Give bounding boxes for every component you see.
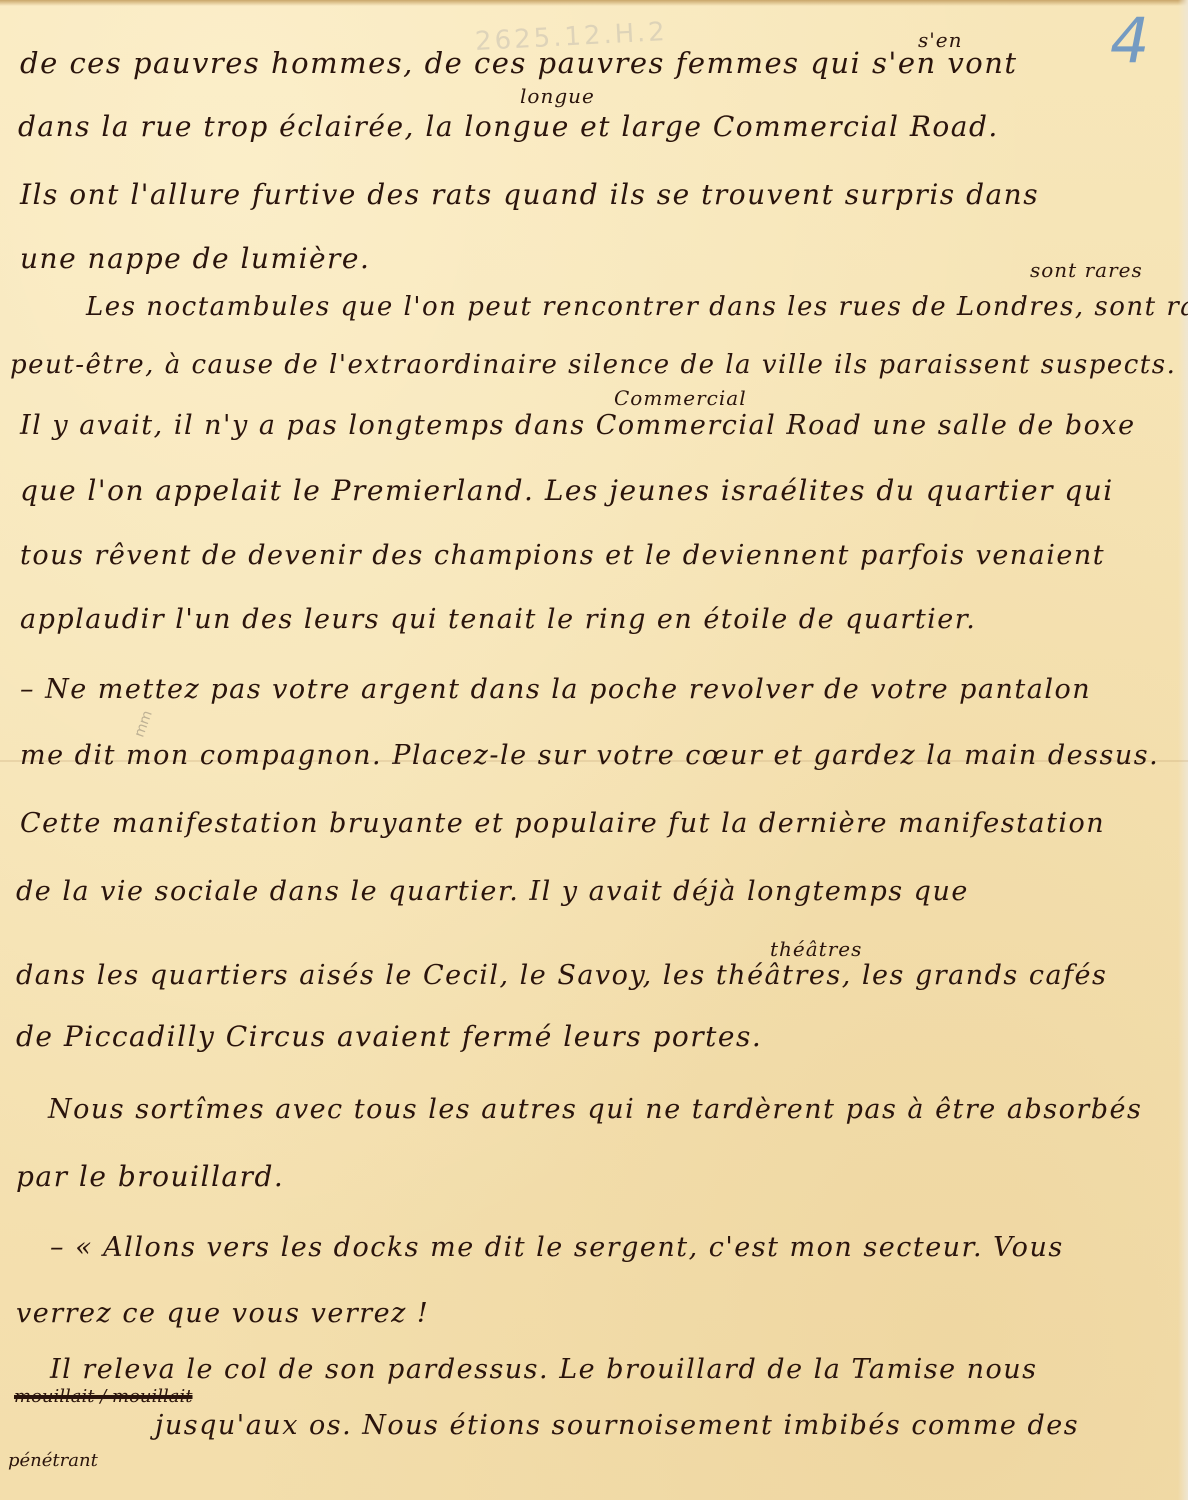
manuscript-page: 2625.12.H.2 4 mm s'en longue sont rares … [0,0,1188,1500]
manuscript-line: – Ne mettez pas votre argent dans la poc… [20,674,1091,705]
manuscript-line: de Piccadilly Circus avaient fermé leurs… [16,1020,762,1053]
paper-right-edge [1178,0,1188,1500]
manuscript-line: peut-être, à cause de l'extraordinaire s… [10,350,1176,380]
margin-correction: pénétrant [8,1450,98,1471]
paper-top-edge [0,0,1188,6]
manuscript-line: dans la rue trop éclairée, la longue et … [18,110,999,143]
manuscript-line: jusqu'aux os. Nous étions sournoisement … [155,1410,1079,1441]
manuscript-line: Les noctambules que l'on peut rencontrer… [86,292,1188,322]
manuscript-line: me dit mon compagnon. Placez-le sur votr… [20,740,1159,771]
manuscript-line: applaudir l'un des leurs qui tenait le r… [20,604,976,635]
manuscript-line: Cette manifestation bruyante et populair… [20,808,1105,839]
manuscript-line: tous rêvent de devenir des champions et … [20,540,1105,571]
manuscript-line: dans les quartiers aisés le Cecil, le Sa… [16,960,1107,991]
manuscript-line: verrez ce que vous verrez ! [16,1298,429,1329]
manuscript-line: Nous sortîmes avec tous les autres qui n… [48,1094,1142,1125]
manuscript-line: une nappe de lumière. [20,242,370,275]
manuscript-line: que l'on appelait le Premierland. Les je… [20,474,1114,507]
manuscript-line: de la vie sociale dans le quartier. Il y… [16,876,969,907]
manuscript-line: par le brouillard. [16,1160,284,1193]
manuscript-line: de ces pauvres hommes, de ces pauvres fe… [20,46,1018,80]
manuscript-line: Il y avait, il n'y a pas longtemps dans … [20,410,1136,441]
insert-longue: longue [520,84,595,108]
manuscript-line: Ils ont l'allure furtive des rats quand … [20,178,1039,211]
insert-commercial: Commercial [614,386,747,410]
struck-word: mouillait / mouillait [14,1386,193,1407]
margin-pencil-mark: mm [131,708,155,739]
insert-sont-rares: sont rares [1030,258,1143,282]
manuscript-line: Il releva le col de son pardessus. Le br… [50,1354,1038,1385]
insert-theatres: théâtres [770,937,862,961]
manuscript-line: – « Allons vers les docks me dit le serg… [50,1232,1064,1263]
page-number: 4 [1110,4,1149,77]
